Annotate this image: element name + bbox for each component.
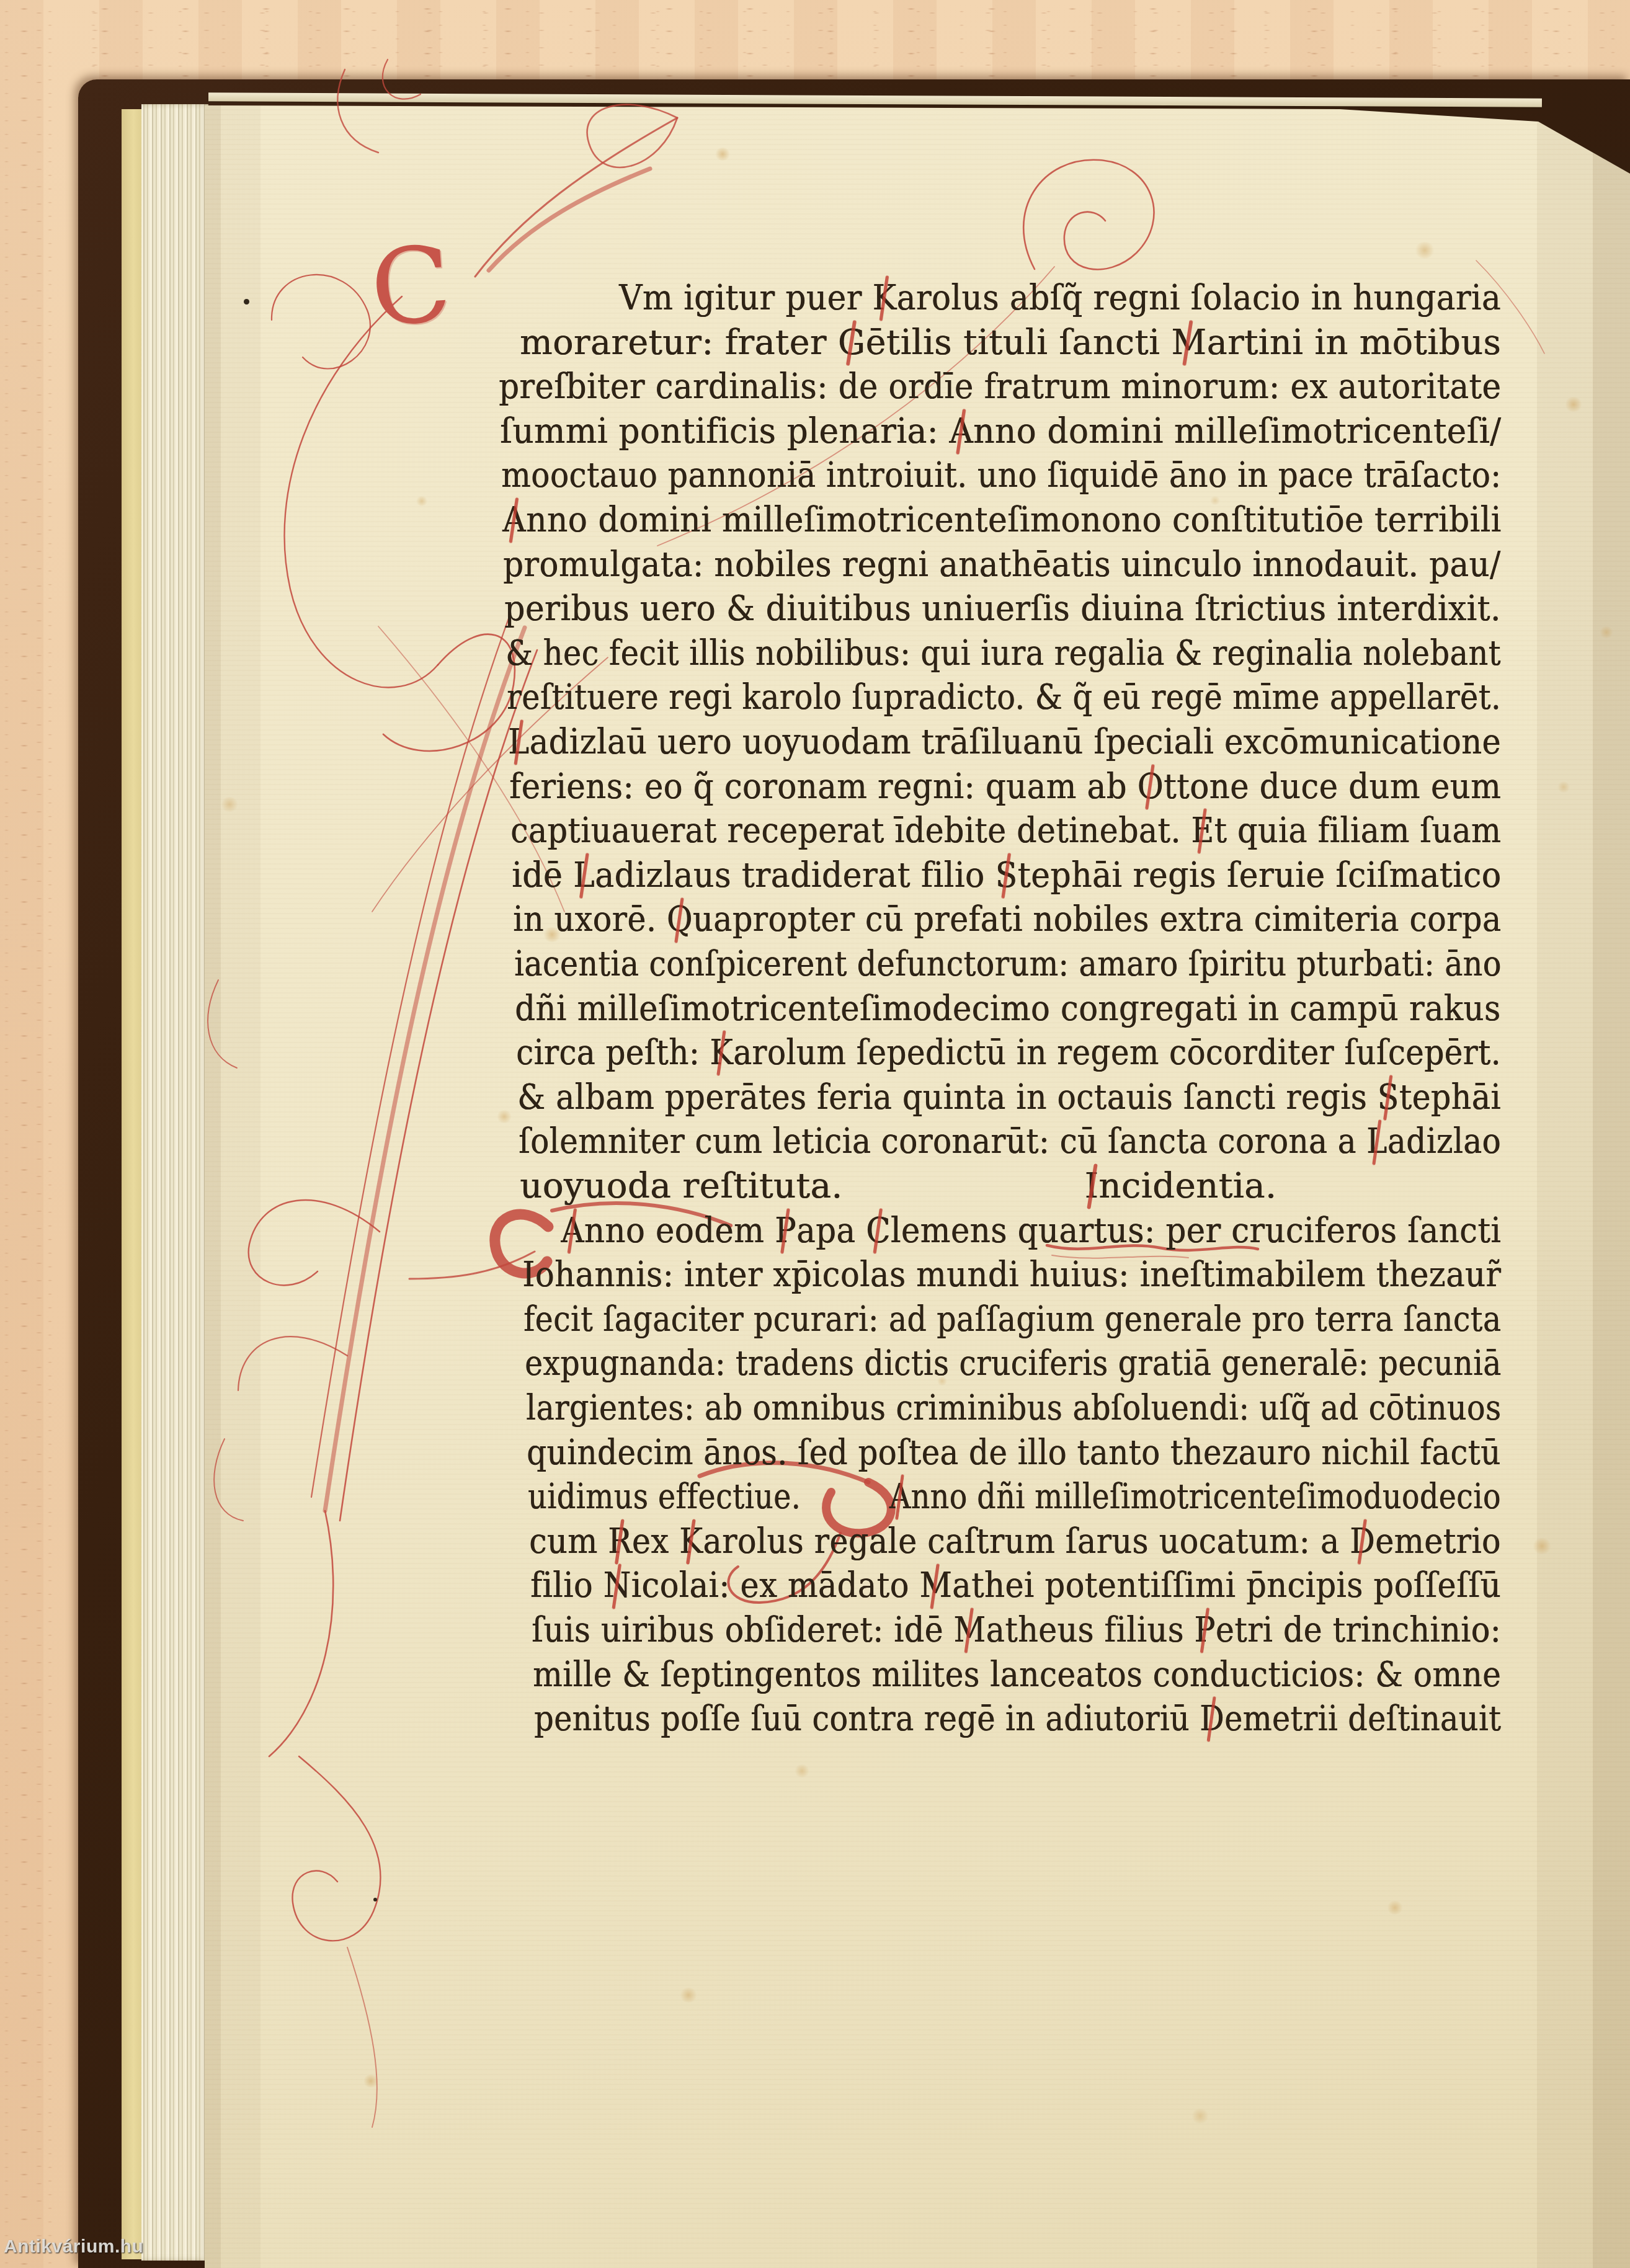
rubricated-capital: P [1194,1610,1215,1650]
rubricated-capital: N [603,1565,631,1606]
rubricated-capital: M [953,1610,986,1650]
rubricated-capital: D [1200,1699,1224,1739]
foxing-spot [1386,1901,1404,1914]
rubricated-capital: A [889,1477,911,1517]
text-line: promulgata: nobiles regni anathēatis uin… [503,545,1501,585]
rubricated-capital: M [919,1565,952,1606]
foxing-spot [220,797,239,812]
rubricated-capital: A [502,500,526,540]
text-line: Anno domini milleſimotricenteſimonono co… [502,500,1501,540]
rubricated-capital: O [1137,767,1164,807]
text-line: feriens: eo q̃ coronam regni: quam ab Ot… [509,767,1501,807]
rubricated-capital: K [872,278,896,318]
rubricated-capital: P [775,1211,796,1251]
text-line: expugnanda: tradens dictis cruciferis gr… [525,1343,1501,1384]
text-line: Iohannis: inter xp̄icolas mundi huius: i… [522,1255,1501,1295]
text-line: reſtituere regi karolo ſupradicto. & q̃ … [507,677,1501,718]
rubricated-capital: M [1171,322,1206,363]
foxing-spot [1564,397,1583,412]
rubricated-capital: S [995,855,1017,896]
text-line: & albam pperātes feria quinta in octauis… [517,1077,1501,1118]
lombard-initial-C: C [367,232,454,342]
text-line: largientes: ab omnibus criminibus abſolu… [526,1388,1501,1428]
foxing-spot [1414,242,1435,259]
endpaper-edge [122,109,141,2259]
ink-speck [244,299,249,305]
rubricated-capital: G [838,322,866,363]
rubricated-capital: C [866,1211,891,1251]
text-line: Vm igitur puer Karolus abſq̃ regni ſolac… [619,278,1501,318]
rubricated-capital: L [573,855,595,896]
rubricated-capital: L [1366,1121,1387,1162]
text-line: ſummi pontificis plenaria: Anno domini m… [500,411,1501,451]
text-line: moraretur: frater Gētilis tituli ſancti … [520,322,1501,363]
rubricated-capital: E [1191,811,1214,851]
rubricated-capital: A [561,1211,584,1251]
rubricated-capital: R [608,1521,632,1562]
latin-text-block: Vm igitur puer Karolus abſq̃ regni ſolac… [496,278,1501,1779]
foxing-spot [363,2075,379,2088]
text-line: ſolemniter cum leticia coronarūt: cū ſan… [519,1121,1501,1162]
rubricated-capital: L [508,722,529,762]
text-line: idē Ladizlaus tradiderat filio Stephāi r… [512,855,1501,896]
foxing-spot [416,496,428,506]
text-line: cum Rex Karolus regale caſtrum ſarus uoc… [529,1521,1501,1562]
rubricated-capital: Q [666,899,692,940]
rubricated-capital: I [1085,1166,1099,1206]
text-line: ſuis uiribus obſideret: idē Matheus fili… [532,1610,1501,1650]
text-line: fecit ſagaciter pcurari: ad paſſagium ge… [523,1299,1501,1340]
text-line: Ladizlaū uero uoyuodam trāſiluanū ſpecia… [508,722,1501,762]
text-line: dñi milleſimotricenteſimodecimo congrega… [515,989,1501,1029]
rubricated-capital: S [1378,1077,1399,1118]
text-line: mille & ſeptingentos milites lanceatos c… [533,1655,1501,1695]
text-line: captiuauerat receperat īdebite detinebat… [510,811,1501,851]
rubricated-capital: K [679,1521,703,1562]
foxing-spot [1599,626,1614,638]
text-line: filio Nicolai: ex mādato Mathei potentiſ… [530,1565,1501,1606]
foxing-spot [1532,1538,1552,1554]
rubricated-capital: A [949,411,973,451]
foxing-spot [715,148,731,161]
text-line: in uxorē. Quapropter cū prefati nobiles … [513,899,1501,940]
antikvarium-watermark: Antikvárium.hu [4,2236,143,2257]
rubricated-capital: D [1350,1521,1375,1562]
page-stack-edges [141,104,208,2261]
text-line: iacentia conſpicerent defunctorum: amaro… [514,944,1502,984]
text-line: preſbiter cardinalis: de ordīe fratrum m… [499,367,1501,407]
text-line: & hec fecit illis nobilibus: qui iura re… [505,633,1501,674]
book-photo-scene: C Vm igitur puer Karolus abſq̃ regni ſol… [0,0,1630,2268]
text-line: uoyuoda reſtituta. Incidentia. [520,1166,1276,1206]
text-line: Anno eodem Papa Clemens quartus: per cru… [521,1211,1501,1251]
foxing-spot [679,1988,698,2003]
foxing-spot [1557,781,1570,793]
text-line: uidimus effectiue. Anno dñi milleſimotri… [528,1477,1501,1517]
text-line: quindecim ānos. ſed poſtea de illo tanto… [527,1433,1501,1473]
text-line: mooctauo pannoniā introiuit. uno ſiquidē… [501,455,1501,496]
foxing-spot [1191,2109,1209,2123]
text-line: circa peſth: Karolum ſepedictū in regem … [516,1033,1501,1073]
rubricated-capital: K [710,1033,734,1073]
ink-speck [373,1898,377,1901]
text-line: peribus uero & diuitibus uniuerſis diuin… [504,589,1501,629]
text-line: penitus poſſe ſuū contra regē in adiutor… [534,1699,1501,1739]
